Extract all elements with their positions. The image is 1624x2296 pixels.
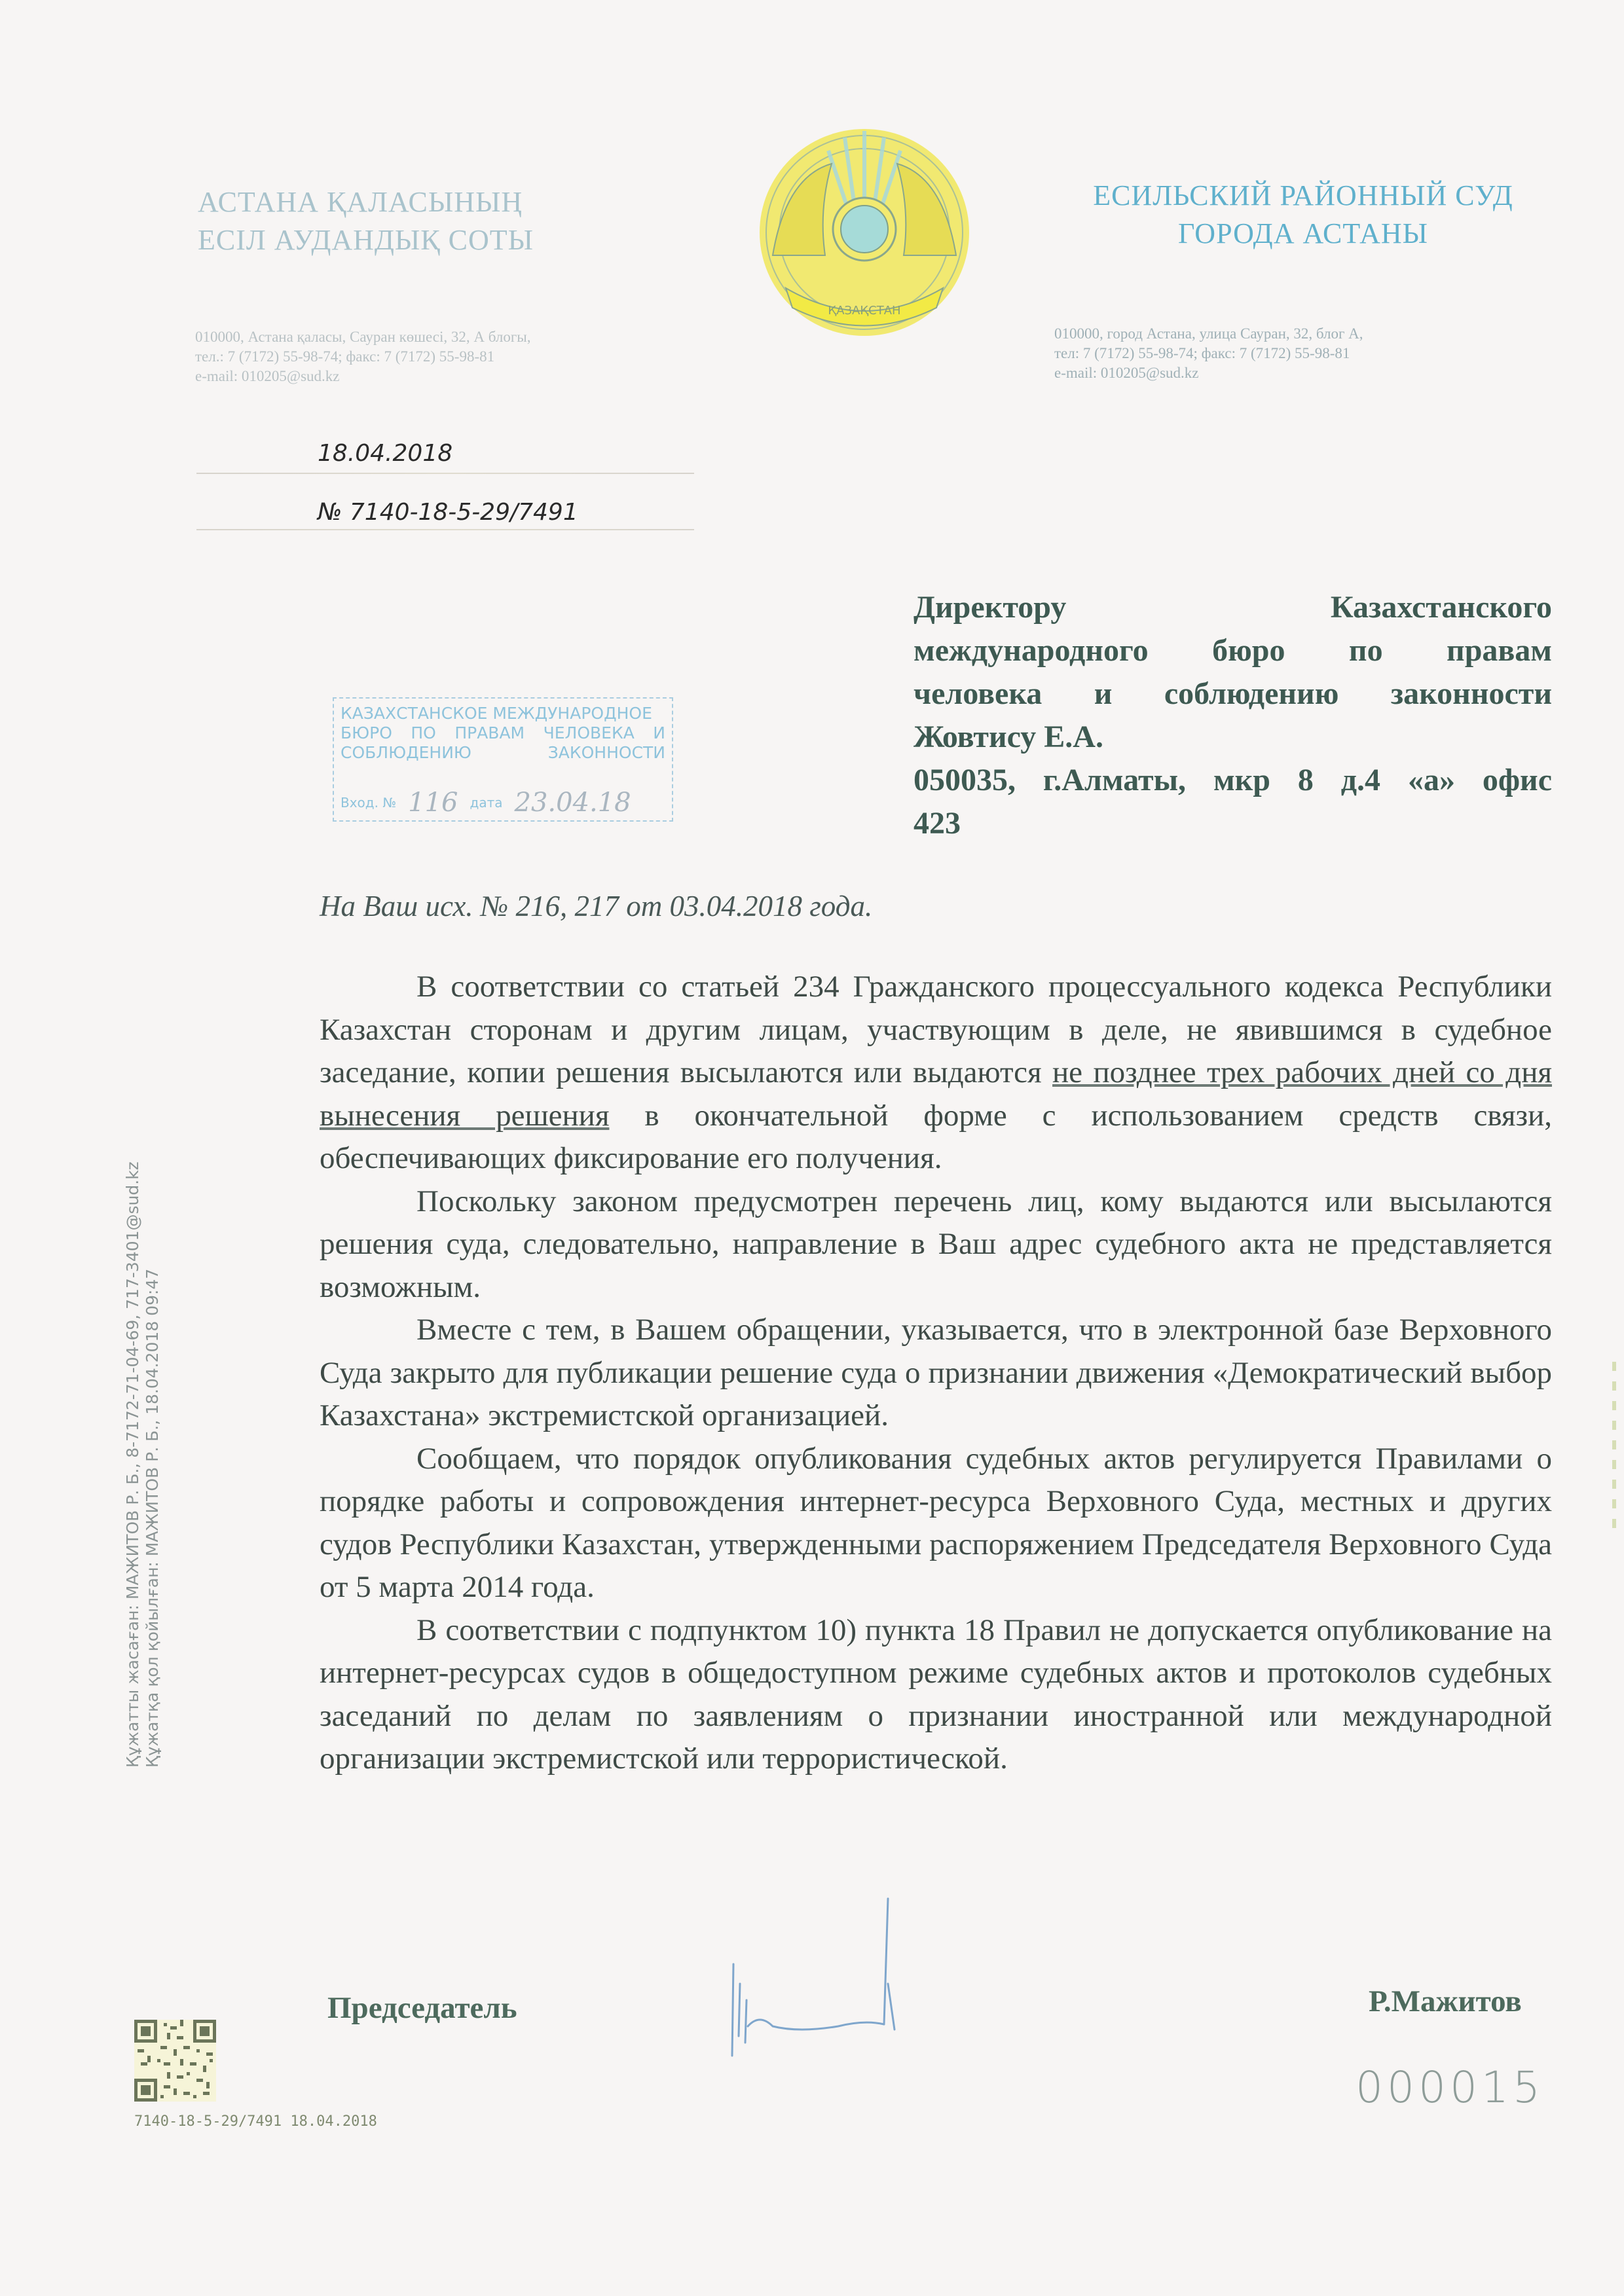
stamp-line-2: БЮРОПОПРАВАМЧЕЛОВЕКАИ xyxy=(341,723,665,743)
addressee-block: Директору Казахстанского международного … xyxy=(913,586,1552,845)
date-underline xyxy=(196,473,694,474)
body-paragraph: Поскольку законом предусмотрен перечень … xyxy=(320,1180,1552,1309)
phone-line: тел.: 7 (7172) 55-98-74; факс: 7 (7172) … xyxy=(195,347,531,367)
addressee-line-3: человека и соблюдению законности xyxy=(913,672,1552,716)
letterhead-left-title-line: ЕСІЛ АУДАНДЫҚ СОТЫ xyxy=(198,221,534,259)
incoming-number-value: 116 xyxy=(408,793,458,812)
stamp-incoming-row: Вход. № 116 дата 23.04.18 xyxy=(341,793,665,812)
outgoing-date: 18.04.2018 xyxy=(318,440,452,467)
address-line: 010000, Астана қаласы, Сауран көшесі, 32… xyxy=(195,327,531,347)
form-serial-number: 000015 xyxy=(1356,2062,1544,2113)
signatory-title: Председатель xyxy=(327,1990,517,2026)
letterhead-left-address: 010000, Астана қаласы, Сауран көшесі, 32… xyxy=(195,327,531,386)
email-line: e-mail: 010205@sud.kz xyxy=(195,367,531,386)
email-line: e-mail: 010205@sud.kz xyxy=(1054,363,1363,383)
svg-text:ҚАЗАҚСТАН: ҚАЗАҚСТАН xyxy=(828,304,900,318)
outgoing-number: № 7140-18-5-29/7491 xyxy=(318,499,578,526)
state-emblem-icon: ҚАЗАҚСТАН xyxy=(747,124,982,340)
body-paragraph: В соответствии со статьей 234 Гражданско… xyxy=(320,966,1552,1180)
incoming-date-value: 23.04.18 xyxy=(515,793,631,812)
incoming-registration-stamp: КАЗАХСТАНСКОЕ МЕЖДУНАРОДНОЕ БЮРОПОПРАВАМ… xyxy=(333,697,673,822)
addressee-office: 423 xyxy=(913,802,1552,845)
body-paragraph: В соответствии с подпунктом 10) пункта 1… xyxy=(320,1609,1552,1781)
letter-body: В соответствии со статьей 234 Гражданско… xyxy=(320,966,1552,1781)
side-note-author: Құжатты жасаған: МАЖИТОВ Р. Б., 8-7172-7… xyxy=(123,1161,143,1768)
addressee-line-2: международного бюро по правам xyxy=(913,629,1552,672)
stamp-line-1: КАЗАХСТАНСКОЕ МЕЖДУНАРОДНОЕ xyxy=(341,704,665,723)
letterhead-right-address: 010000, город Астана, улица Сауран, 32, … xyxy=(1054,324,1363,383)
number-underline xyxy=(196,529,694,530)
incoming-number-label: Вход. № xyxy=(341,793,396,812)
letterhead-left-title-line: АСТАНА ҚАЛАСЫНЫҢ xyxy=(198,183,534,221)
qr-caption: 7140-18-5-29/7491 18.04.2018 xyxy=(134,2113,377,2130)
body-paragraph: Сообщаем, что порядок опубликования суде… xyxy=(320,1438,1552,1609)
incoming-date-label: дата xyxy=(470,793,503,812)
body-paragraph: Вместе с тем, в Вашем обращении, указыва… xyxy=(320,1309,1552,1438)
letterhead-right-title-line: ЕСИЛЬСКИЙ РАЙОННЫЙ СУД xyxy=(1048,177,1559,215)
letterhead-right-title: ЕСИЛЬСКИЙ РАЙОННЫЙ СУД ГОРОДА АСТАНЫ xyxy=(1048,177,1559,253)
stamp-line-3: СОБЛЮДЕНИЮЗАКОННОСТИ xyxy=(341,743,665,763)
letterhead-left-title: АСТАНА ҚАЛАСЫНЫҢ ЕСІЛ АУДАНДЫҚ СОТЫ xyxy=(198,183,534,259)
addressee-address: 050035, г.Алматы, мкр 8 д.4 «а» офис xyxy=(913,759,1552,802)
addressee-line-1: Директору Казахстанского xyxy=(913,586,1552,629)
phone-line: тел: 7 (7172) 55-98-74; факс: 7 (7172) 5… xyxy=(1054,344,1363,363)
qr-code-icon xyxy=(134,2020,216,2102)
handwritten-signature-icon xyxy=(720,1886,995,2075)
letterhead-right-title-line: ГОРОДА АСТАНЫ xyxy=(1048,215,1559,253)
reference-line: На Ваш исх. № 216, 217 от 03.04.2018 год… xyxy=(320,889,872,923)
e-signature-side-note: Құжатты жасаған: МАЖИТОВ Р. Б., 8-7172-7… xyxy=(123,1161,162,1768)
signatory-name: Р.Мажитов xyxy=(1369,1984,1522,2019)
scan-edge-artifact xyxy=(1612,1362,1616,1532)
address-line: 010000, город Астана, улица Сауран, 32, … xyxy=(1054,324,1363,344)
addressee-name: Жовтису Е.А. xyxy=(913,716,1552,759)
side-note-signed: Құжатқа қол қойылған: МАЖИТОВ Р. Б., 18.… xyxy=(143,1161,162,1768)
